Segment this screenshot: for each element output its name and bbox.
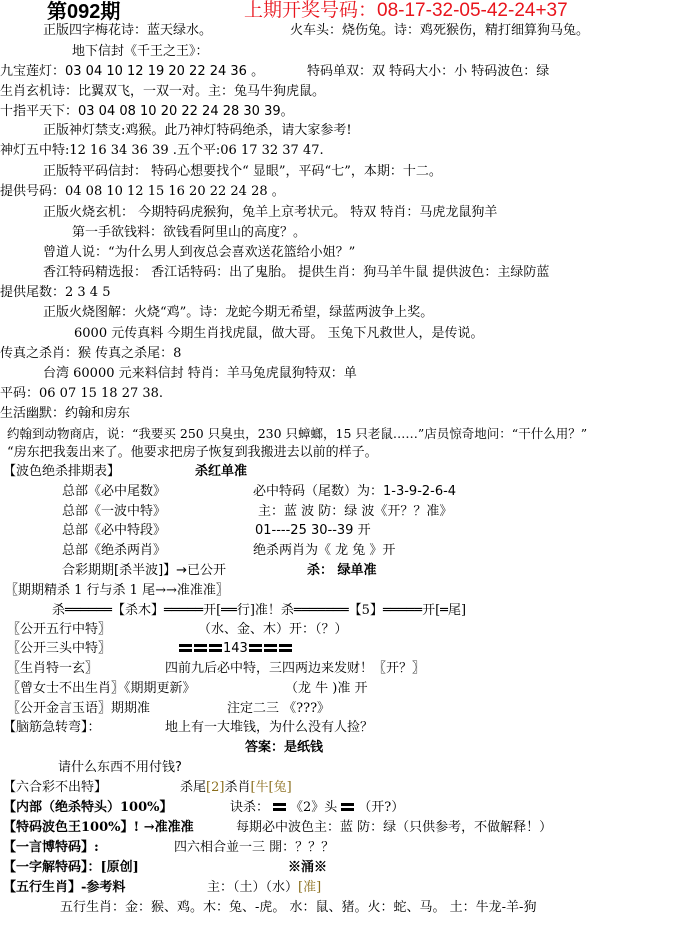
double-bar-icon bbox=[273, 803, 286, 806]
free-item-question: 请什么东西不用付钱? bbox=[58, 758, 182, 777]
no-special-label: 【六合彩不出特】 bbox=[3, 778, 107, 797]
last-draw-label: 上期开奖号码： bbox=[244, 0, 377, 21]
flat-code-envelope: 正版特平码信封： 特码心想要找个“ 显眼”，平码“七”，本期：十二。 bbox=[43, 162, 442, 181]
zeng-says: 曾道人说：“为什么男人到夜总会喜欢送花篮给小姐？” bbox=[43, 243, 355, 262]
underground-envelope: 地下信封《千王之王》： bbox=[72, 42, 209, 61]
five-elements-label: 〖公开五行中特〗 bbox=[7, 620, 111, 639]
three-heads-label: 〖公开三头中特〗 bbox=[7, 639, 111, 658]
brain-teaser-label: 【脑筋急转弯】： bbox=[3, 718, 101, 737]
kill-wood-line: 杀══════【杀木】═════开[══行]准！杀═══════【5】═════… bbox=[52, 601, 466, 620]
one-word-bet-value: 四六相合並一三 開：？？？ bbox=[174, 838, 334, 857]
tail-numbers: 提供尾数：2 3 4 5 bbox=[0, 283, 110, 302]
table-row-label: 总部《一波中特》 bbox=[62, 502, 166, 521]
humor-story-2: “房东把我轰出来了。他要求把房子恢复到我搬进去以前的样子。 bbox=[7, 443, 378, 462]
last-draw: 上期开奖号码：08-17-32-05-42-24+37 bbox=[244, 0, 568, 23]
kill-row-tail: 〖期期精杀 1 行与杀 1 尾→→准准准〗 bbox=[5, 581, 229, 600]
nine-lamps: 九宝莲灯：03 04 10 12 19 20 22 24 36 。 bbox=[0, 62, 264, 81]
golden-words-label: 〖公开金言玉语〗期期准 bbox=[7, 699, 150, 718]
table-row-label: 总部《必中尾数》 bbox=[62, 482, 166, 501]
ten-fingers: 十指平天下：03 04 08 10 20 22 24 28 30 39。 bbox=[0, 102, 294, 121]
double-bar-icon bbox=[341, 803, 354, 806]
brain-teaser-question: 地上有一大堆钱，为什么没有人捡？ bbox=[165, 718, 373, 737]
god-lamp-five: 神灯五中特:12 16 34 36 39 .五个平:06 17 32 37 47… bbox=[0, 141, 324, 160]
fax-kill: 传真之杀肖：猴 传真之杀尾：8 bbox=[0, 344, 181, 363]
plum-poem: 正版四字梅花诗：蓝天绿水。 bbox=[43, 21, 212, 40]
ms-zeng-label: 〖曾女士不出生肖〗《期期更新》 bbox=[7, 679, 196, 698]
table-heading-note: 杀红单准 bbox=[195, 462, 247, 481]
zodiac-mystery-label: 〖生肖特一玄〗 bbox=[7, 659, 98, 678]
table-heading: 【波色绝杀排期表】 bbox=[3, 462, 120, 481]
one-char-value: ※涌※ bbox=[288, 858, 327, 877]
one-word-bet-label: 【一言博特码】: bbox=[3, 838, 99, 857]
provided-numbers: 提供号码：04 08 10 12 15 16 20 22 24 28 。 bbox=[0, 182, 285, 201]
golden-words-value: 注定二三 《???》 bbox=[227, 699, 330, 718]
ms-zeng-value: （龙 牛 )准 开 bbox=[285, 679, 367, 698]
flat-codes: 平码：06 07 15 18 27 38. bbox=[0, 384, 163, 403]
internal-kill-label: 【内部（绝杀特头）100%】 bbox=[3, 798, 173, 817]
five-elements-value: （水、金、木）开：（？） bbox=[198, 620, 348, 639]
humor-title: 生活幽默：约翰和房东 bbox=[0, 404, 130, 423]
three-heads-value: 143 bbox=[178, 639, 293, 658]
last-draw-numbers: 08-17-32-05-42-24+37 bbox=[377, 0, 568, 21]
special-attributes: 特码单双：双 特码大小：小 特码波色：绿 bbox=[307, 62, 549, 81]
wave-king-value: 每期必中波色主：蓝 防：绿（只供参考，不做解释！） bbox=[236, 818, 552, 837]
table-row-label: 总部《必中特段》 bbox=[62, 521, 166, 540]
table-row-label: 总部《绝杀两肖》 bbox=[62, 541, 166, 560]
train-head: 火车头：烧伤兔。诗：鸡死猴伤，精打细算狗马兔。 bbox=[290, 21, 589, 40]
money-riddle: 第一手欲钱料：欲钱看阿里山的高度？。 bbox=[72, 223, 306, 242]
table-row-value: 主：蓝 波 防：绿 波《开？？准》 bbox=[258, 502, 452, 521]
table-row-value: 杀： 绿单准 bbox=[307, 561, 377, 580]
fax-material: 6000 元传真料 今期生肖找虎鼠，做大哥。 玉兔下凡救世人，是传说。 bbox=[74, 324, 483, 343]
zodiac-poem: 生肖玄机诗：比翼双飞，一双一对。主：兔马牛狗虎鼠。 bbox=[0, 82, 325, 101]
table-row-value: 必中特码（尾数）为：1-3-9-2-6-4 bbox=[253, 482, 456, 501]
wave-king-label: 【特码波色王100%】! →准准准 bbox=[3, 818, 194, 837]
table-row-value: 01----25 30--39 开 bbox=[255, 521, 371, 540]
table-row-label: 合彩期期[杀半波]】→已公开 bbox=[62, 561, 226, 580]
five-elements-zodiac-label: 【五行生肖】-参考料 bbox=[3, 878, 125, 897]
fire-mystery: 正版火烧玄机： 今期特码虎猴狗，兔羊上京考状元。 特双 特肖：马虎龙鼠狗羊 bbox=[43, 203, 497, 222]
fire-diagram: 正版火烧图解：火烧“鸡”。诗：龙蛇今期无希望，绿蓝两波争上奖。 bbox=[43, 303, 433, 322]
taiwan-envelope: 台湾 60000 元来料信封 特肖：羊马兔虎鼠狗特双：单 bbox=[43, 364, 357, 383]
table-row-value: 绝杀两肖为《 龙 兔 》开 bbox=[253, 541, 395, 560]
zodiac-mystery-value: 四前九后必中特，三四两边来发财！〖开？〗 bbox=[165, 659, 425, 678]
god-lamp-ban: 正版神灯禁支:鸡猴。此乃神灯特码绝杀，请大家参考! bbox=[43, 121, 352, 140]
no-special-value: 杀尾[2]杀肖[牛[兔] bbox=[180, 778, 292, 797]
five-elements-mapping: 五行生肖：金：猴、鸡。木：兔、-虎。 水：鼠、猪。火：蛇、马。 土：牛龙-羊-狗 bbox=[60, 898, 536, 917]
five-elements-zodiac-value: 主：（土）（水）[准] bbox=[207, 878, 321, 897]
brain-teaser-answer: 答案：是纸钱 bbox=[245, 738, 323, 757]
humor-story-1: 约翰到动物商店，说：“我要买 250 只臭虫，230 只蟑螂，15 只老鼠……”… bbox=[7, 424, 587, 443]
internal-kill-value: 诀杀：《2》头（开?） bbox=[230, 798, 404, 817]
one-char-label: 【一字解特码】：[原创] bbox=[3, 858, 139, 877]
xiangjiang-report: 香江特码精选报： 香江话特码：出了鬼胎。 提供生肖：狗马羊牛鼠 提供波色：主绿防… bbox=[43, 263, 549, 282]
